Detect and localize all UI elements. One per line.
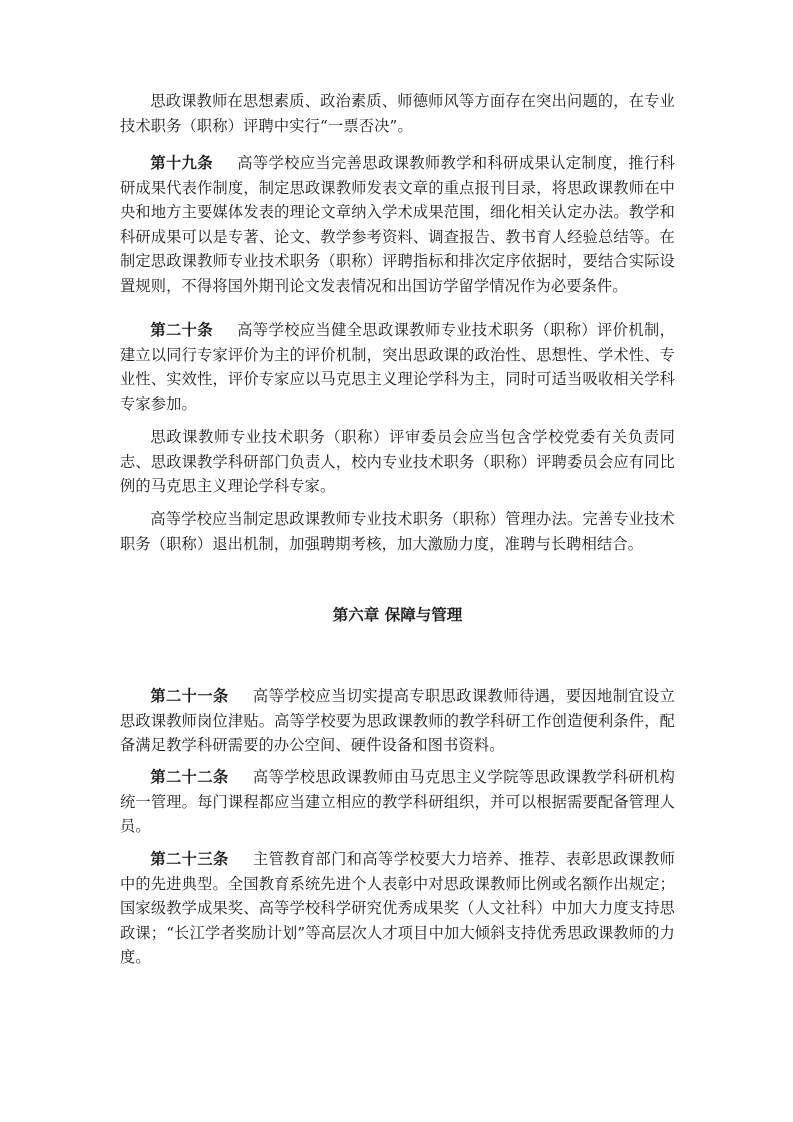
article-heading: 第二十三条 (150, 850, 228, 868)
article-20: 第二十条高等学校应当健全思政课教师专业技术职务（职称）评价机制，建立以同行专家评… (120, 318, 675, 416)
article-22: 第二十二条高等学校思政课教师由马克思主义学院等思政课教学科研机构统一管理。每门课… (120, 765, 675, 839)
article-21: 第二十一条高等学校应当切实提高专职思政课教师待遇，要因地制宜设立思政课教师岗位津… (120, 684, 675, 758)
paragraph-committee: 思政课教师专业技术职务（职称）评审委员会应当包含学校党委有关负责同志、思政课教学… (120, 425, 675, 499)
paragraph-management: 高等学校应当制定思政课教师专业技术职务（职称）管理办法。完善专业技术职务（职称）… (120, 507, 675, 556)
article-heading: 第十九条 (150, 154, 213, 172)
article-heading: 第二十条 (150, 321, 213, 339)
article-23: 第二十三条主管教育部门和高等学校要大力培养、推荐、表彰思政课教师中的先进典型。全… (120, 847, 675, 970)
article-heading: 第二十二条 (150, 768, 228, 786)
paragraph-text: 思政课教师在思想素质、政治素质、师德师风等方面存在突出问题的，在专业技术职务（职… (120, 92, 675, 135)
chapter-title: 第六章 保障与管理 (120, 603, 675, 625)
paragraph-veto: 思政课教师在思想素质、政治素质、师德师风等方面存在突出问题的，在专业技术职务（职… (120, 89, 675, 138)
paragraph-text: 高等学校应当制定思政课教师专业技术职务（职称）管理办法。完善专业技术职务（职称）… (120, 510, 675, 553)
paragraph-text: 思政课教师专业技术职务（职称）评审委员会应当包含学校党委有关负责同志、思政课教学… (120, 428, 675, 495)
article-heading: 第二十一条 (150, 687, 228, 705)
article-19: 第十九条高等学校应当完善思政课教师教学和科研成果认定制度，推行科研成果代表作制度… (120, 151, 675, 299)
paragraph-text: 高等学校应当完善思政课教师教学和科研成果认定制度，推行科研成果代表作制度，制定思… (120, 154, 675, 295)
